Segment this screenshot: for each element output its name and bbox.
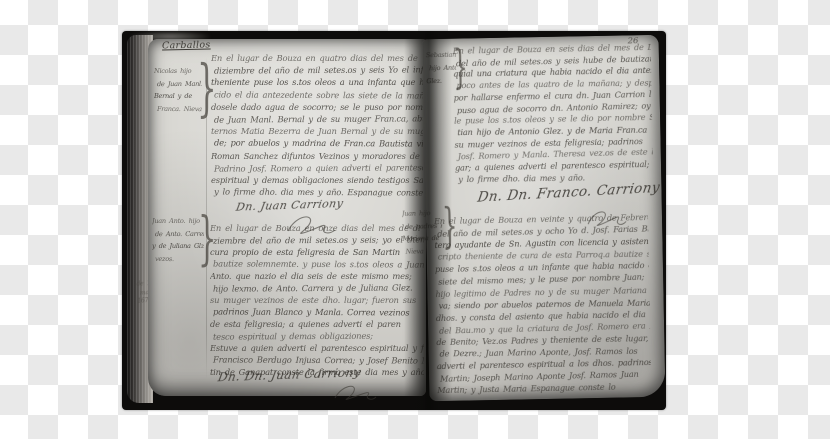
- handwritten-line: Estuve a quien adverti el parentesco esp…: [210, 342, 424, 354]
- left-entry2-body: En el lugar de Bouza en onze dias del me…: [210, 222, 424, 378]
- handwritten-line: Padrino Josf. Romero a quien adverti el …: [214, 161, 423, 174]
- left-entry1-body: En el lugar de Bouza en quatro dias del …: [211, 52, 423, 198]
- handwritten-line: Francisco Berdugo Injusa Correa; y Josef…: [213, 353, 424, 366]
- handwritten-line: de esta feligresia; a quienes adverti el…: [210, 318, 424, 330]
- signature-rubric-flourish: [332, 383, 378, 403]
- manuscript-photo: de 14mar.1672 Carballos Nicolas hijode J…: [122, 31, 666, 410]
- margin-note-line: de Juan Manl.: [157, 77, 202, 90]
- handwritten-line: y lo firme dho. dia mes y año. Espanague…: [214, 186, 423, 199]
- right-manuscript-page: 26 Sebastianhijo AntonioGlez. } En el lu…: [423, 35, 666, 401]
- margin-note-line: y de Juliana Glz.: [152, 240, 204, 253]
- right-entry1-body: En el lugar de Bouza en seis dias del me…: [453, 42, 654, 186]
- handwritten-line: theniente puse los s.tos oleos a una inf…: [211, 76, 423, 88]
- margin-note-line: Glez.: [426, 74, 456, 87]
- margin-note-line: Juan Anto. hijo: [152, 215, 204, 228]
- handwritten-line: Roman Sanchez difuntos Vezinos y morador…: [211, 150, 423, 162]
- handwritten-line: Anto. que nazio el dia seis de este mism…: [210, 270, 424, 282]
- right-entry2-body: En el lugar de Bouza en veinte y quatro …: [434, 211, 651, 396]
- handwritten-line: cido el dia antezedente sobre las siete …: [214, 88, 423, 101]
- margin-note-line: vezos.: [155, 253, 204, 266]
- margin-note-line: Sebastian: [426, 49, 456, 62]
- handwritten-line: espiritual y demas obligaciones siendo t…: [211, 174, 423, 186]
- left-entry1-signature: Dn. Juan Carriony: [235, 197, 345, 214]
- left-entry2-margin-note: Juan Anto. hijode Anto. Carreray de Juli…: [152, 215, 204, 265]
- handwritten-line: su muger vezinos de este dho. lugar; fue…: [210, 294, 424, 306]
- left-page-header: Carballos: [162, 39, 211, 51]
- margin-note-line: Nicolas hijo: [154, 65, 202, 78]
- left-manuscript-page: Carballos Nicolas hijode Juan Manl.Berna…: [148, 39, 426, 396]
- margin-note-line: Bernal y de: [154, 90, 202, 103]
- margin-separator-line: [206, 57, 207, 379]
- handwritten-line: cura propio de esta feligresia de San Ma…: [210, 246, 424, 258]
- margin-note-line: de Anto. Carrera: [155, 227, 204, 240]
- handwritten-line: dosele dado agua de socorro; se le puso …: [211, 101, 423, 113]
- handwritten-line: En el lugar de Bouza en onze dias del me…: [210, 222, 424, 234]
- handwritten-line: En el lugar de Bouza en quatro dias del …: [211, 52, 423, 64]
- handwritten-line: ternos Matia Bezerra de Juan Bernal y de…: [211, 125, 423, 137]
- handwritten-line: ziembre del año de mil setes.os y seis; …: [213, 233, 424, 246]
- handwritten-line: bautize solemnemte. y puse los s.tos ole…: [213, 257, 424, 270]
- handwritten-line: de; por abuelos y madrina de Fran.ca Bau…: [214, 137, 423, 150]
- margin-note-line: Franca. Nieva: [157, 103, 202, 116]
- handwritten-line: padrinos Juan Blanco y Manla. Correa vez…: [213, 305, 424, 318]
- handwritten-line: hijo lexmo. de Anto. Carrera y de Julian…: [213, 281, 424, 294]
- handwritten-line: diziembre del año de mil setes.os y seis…: [214, 64, 423, 77]
- handwritten-line: de Juan Manl. Bernal y de su muger Fran.…: [214, 112, 423, 125]
- left-entry1-margin-note: Nicolas hijode Juan Manl.Bernal y deFran…: [154, 65, 202, 115]
- transparent-canvas: { "background": { "checker_light": "#fff…: [0, 0, 830, 439]
- handwritten-line: tesco espiritual y demas obligaziones;: [213, 329, 424, 342]
